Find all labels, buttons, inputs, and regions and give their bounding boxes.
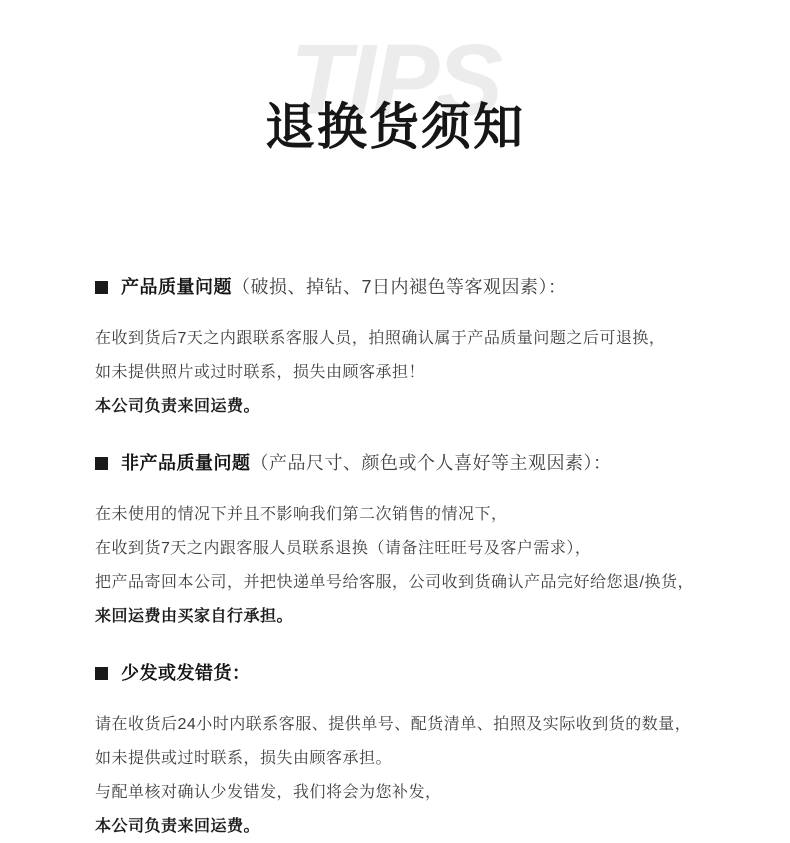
policy-line: 如未提供或过时联系，损失由顾客承担。 <box>95 742 720 776</box>
section-heading: 产品质量问题（破损、掉钻、7日内褪色等客观因素）： <box>95 276 720 298</box>
policy-line-emphasis: 本公司负责来回运费。 <box>95 390 720 424</box>
bullet-square-icon <box>95 281 108 294</box>
section-heading-text: 少发或发错货： <box>121 662 251 684</box>
bullet-square-icon <box>95 667 108 680</box>
section-heading: 少发或发错货： <box>95 662 720 684</box>
policy-line: 与配单核对确认少发错发，我们将会为您补发， <box>95 776 720 810</box>
section-heading-bold: 少发或发错货： <box>121 663 251 683</box>
section-body: 在未使用的情况下并且不影响我们第二次销售的情况下， 在收到货7天之内跟客服人员联… <box>95 498 720 634</box>
section-heading-text: 非产品质量问题（产品尺寸、颜色或个人喜好等主观因素）： <box>121 452 612 474</box>
section-body: 请在收货后24小时内联系客服、提供单号、配货清单、拍照及实际收到货的数量， 如未… <box>95 708 720 843</box>
bullet-square-icon <box>95 457 108 470</box>
policy-line: 请在收货后24小时内联系客服、提供单号、配货清单、拍照及实际收到货的数量， <box>95 708 720 742</box>
policy-section-non-quality: 非产品质量问题（产品尺寸、颜色或个人喜好等主观因素）： 在未使用的情况下并且不影… <box>95 452 720 634</box>
policy-section-quality: 产品质量问题（破损、掉钻、7日内褪色等客观因素）： 在收到货后7天之内跟联系客服… <box>95 276 720 424</box>
page-header: TIPS 退换货须知 <box>0 0 790 270</box>
section-heading-text: 产品质量问题（破损、掉钻、7日内褪色等客观因素）： <box>121 276 567 298</box>
section-heading-bold: 非产品质量问题 <box>121 453 251 473</box>
policy-line: 在收到货后7天之内跟联系客服人员，拍照确认属于产品质量问题之后可退换， <box>95 322 720 356</box>
policy-line-emphasis: 本公司负责来回运费。 <box>95 810 720 843</box>
section-heading: 非产品质量问题（产品尺寸、颜色或个人喜好等主观因素）： <box>95 452 720 474</box>
section-heading-rest: （产品尺寸、颜色或个人喜好等主观因素）： <box>251 453 612 473</box>
policy-line: 把产品寄回本公司，并把快递单号给客服，公司收到货确认产品完好给您退/换货， <box>95 566 720 600</box>
section-heading-rest: （破损、掉钻、7日内褪色等客观因素）： <box>232 277 567 297</box>
section-heading-bold: 产品质量问题 <box>121 277 232 297</box>
page-title: 退换货须知 <box>0 96 790 158</box>
policy-line: 如未提供照片或过时联系，损失由顾客承担！ <box>95 356 720 390</box>
return-policy-page: TIPS 退换货须知 产品质量问题（破损、掉钻、7日内褪色等客观因素）： 在收到… <box>0 0 790 843</box>
policy-line: 在收到货7天之内跟客服人员联系退换（请备注旺旺号及客户需求）， <box>95 532 720 566</box>
policy-line-emphasis: 来回运费由买家自行承担。 <box>95 600 720 634</box>
policy-content: 产品质量问题（破损、掉钻、7日内褪色等客观因素）： 在收到货后7天之内跟联系客服… <box>0 270 790 843</box>
policy-line: 在未使用的情况下并且不影响我们第二次销售的情况下， <box>95 498 720 532</box>
policy-section-wrong-shipment: 少发或发错货： 请在收货后24小时内联系客服、提供单号、配货清单、拍照及实际收到… <box>95 662 720 843</box>
section-body: 在收到货后7天之内跟联系客服人员，拍照确认属于产品质量问题之后可退换， 如未提供… <box>95 322 720 424</box>
